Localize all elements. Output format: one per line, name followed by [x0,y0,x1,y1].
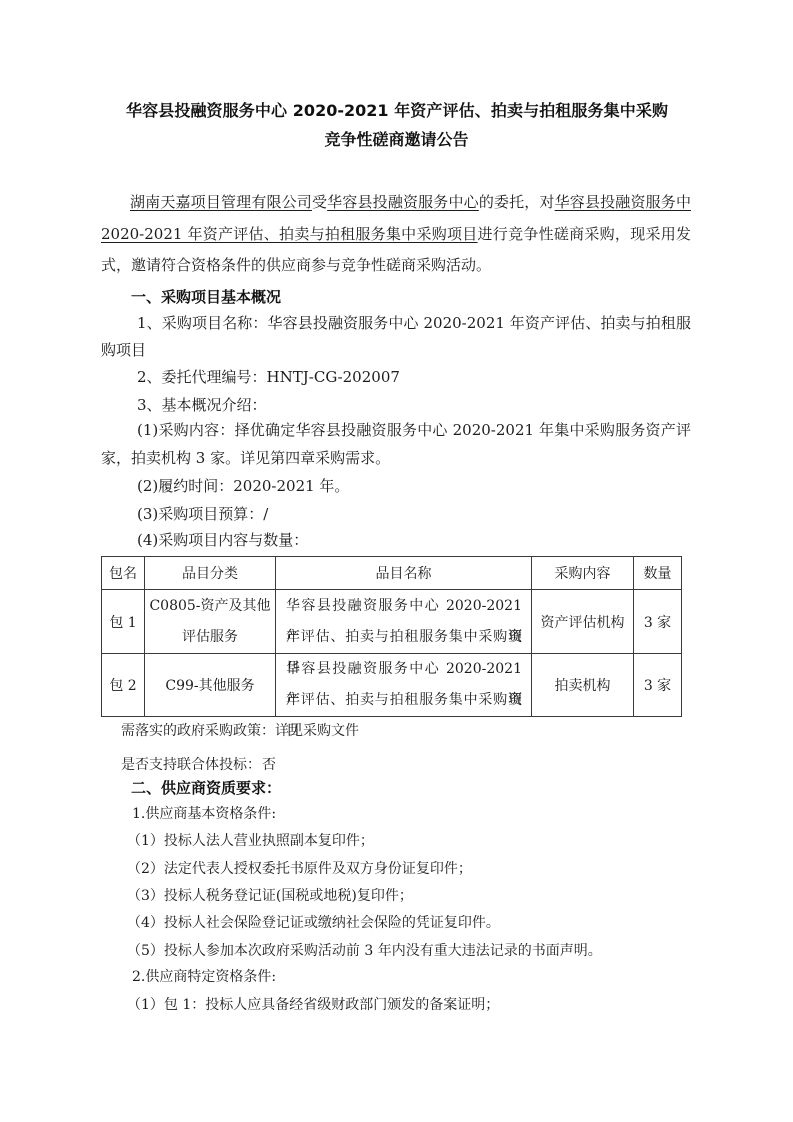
procurement-content-line1: (1)采购内容：择优确定华容县投融资服务中心 2020-2021 年集中采购服务… [137,415,691,445]
item-name-line: 产评估、拍卖与拍租服务集中采购项目 [276,622,531,653]
agency-name: 湖南天嘉项目管理有限公司 [130,193,312,211]
project-name-item-line2: 购项目 [101,335,146,365]
cell-quantity: 3 家 [634,654,682,717]
policy-text: 需落实的政府采购政策：详见采购文件 [121,717,359,745]
intro-line-1: 湖南天嘉项目管理有限公司受华容县投融资服务中心的委托，对华容县投融资服务中心 [130,187,691,217]
performance-time: (2)履约时间：2020-2021 年。 [137,471,349,501]
basic-qualification-item: （5）投标人参加本次政府采购活动前 3 年内没有重大违法记录的书面声明。 [127,937,602,965]
category-line: 评估服务 [145,622,275,653]
intro-line-2: 2020-2021 年资产评估、拍卖与拍租服务集中采购项目进行竞争性磋商采购，现… [101,219,691,249]
intro-text: 的委托，对 [479,193,555,211]
agency-code-item: 2、委托代理编号：HNTJ-CG-202007 [137,362,400,392]
table-header-row: 包名 品目分类 品目名称 采购内容 数量 [102,557,682,590]
header-content: 采购内容 [532,557,634,590]
document-page: 华容县投融资服务中心 2020-2021 年资产评估、拍卖与拍租服务集中采购项目… [0,0,793,1122]
item-name-line: 华容县投融资服务中心 2020-2021 年资 [276,591,531,622]
procurement-content-line2: 家，拍卖机构 3 家。详见第四章采购需求。 [101,443,390,473]
cell-package: 包 1 [102,590,145,654]
table-row: 包 1 C0805-资产及其他 评估服务 华容县投融资服务中心 2020-202… [102,590,682,654]
section2-heading: 二、供应商资质要求： [131,773,281,803]
basic-qualification-item: （1）投标人法人营业执照副本复印件； [127,827,374,855]
item-name-line: 产评估、拍卖与拍租服务集中采购项目 [276,685,531,716]
intro-text: 受 [312,193,327,211]
basic-qualification-item: （2）法定代表人授权委托书原件及双方身份证复印件； [127,855,472,883]
document-title-line2: 竞争性磋商邀请公告 [0,125,793,155]
header-item-name: 品目名称 [276,557,532,590]
cell-quantity: 3 家 [634,590,682,654]
basic-qualification-item: （4）投标人社会保险登记证或缴纳社会保险的凭证复印件。 [127,909,500,937]
basic-qualification-item: （3）投标人税务登记证(国税或地税)复印件； [127,882,413,910]
cell-item-name: 华容县投融资服务中心 2020-2021 年资 产评估、拍卖与拍租服务集中采购项… [276,590,532,654]
header-package: 包名 [102,557,145,590]
basic-qualification-title: 1.供应商基本资格条件: [132,800,276,828]
procurement-table: 包名 品目分类 品目名称 采购内容 数量 包 1 C0805-资产及其他 评估服… [101,556,682,717]
cell-content: 拍卖机构 [532,654,634,717]
header-category: 品目分类 [145,557,276,590]
cell-package: 包 2 [102,654,145,717]
content-quantity-label: (4)采购项目内容与数量： [137,525,308,555]
document-title-line1: 华容县投融资服务中心 2020-2021 年资产评估、拍卖与拍租服务集中采购项目 [126,96,668,126]
project-name-item-line1: 1、采购项目名称：华容县投融资服务中心 2020-2021 年资产评估、拍卖与拍… [137,308,691,338]
category-line: C0805-资产及其他 [145,591,275,622]
cell-item-name: 华容县投融资服务中心 2020-2021 年资 产评估、拍卖与拍租服务集中采购项… [276,654,532,717]
client-name: 华容县投融资服务中心 [327,193,479,211]
table-row: 包 2 C99-其他服务 华容县投融资服务中心 2020-2021 年资 产评估… [102,654,682,717]
item-name-line: 华容县投融资服务中心 2020-2021 年资 [276,654,531,685]
cell-category: C0805-资产及其他 评估服务 [145,590,276,654]
intro-line-3: 式，邀请符合资格条件的供应商参与竞争性磋商采购活动。 [101,250,491,280]
cell-category: C99-其他服务 [145,654,276,717]
cell-content: 资产评估机构 [532,590,634,654]
project-name-part2: 2020-2021 年资产评估、拍卖与拍租服务集中采购项目 [101,225,478,243]
header-quantity: 数量 [634,557,682,590]
specific-qualification-item: （1）包 1：投标人应具备经省级财政部门颁发的备案证明； [127,991,499,1019]
specific-qualification-title: 2.供应商特定资格条件: [132,963,276,991]
